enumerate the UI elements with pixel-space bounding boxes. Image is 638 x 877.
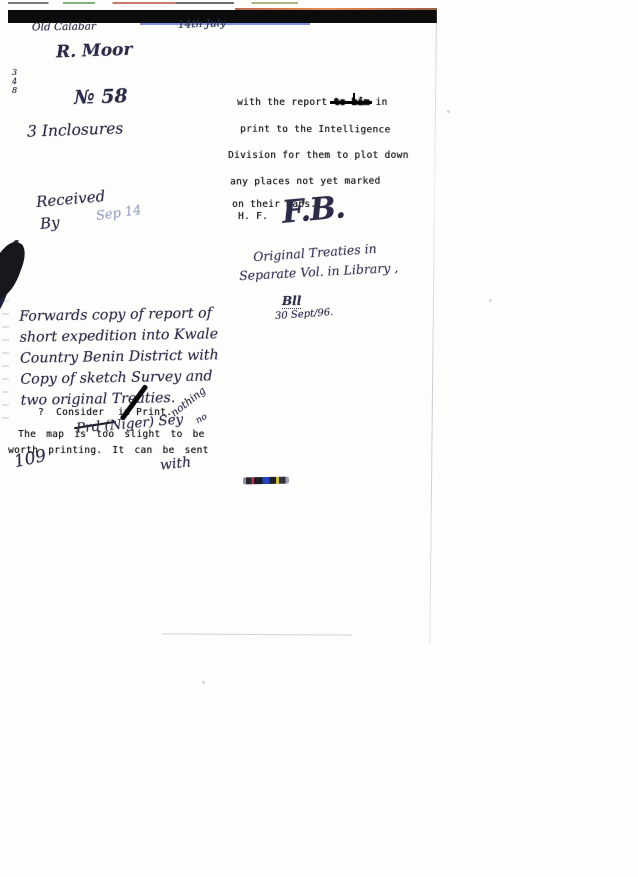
margin-mark: 3 [12, 68, 17, 77]
ink-blot [0, 237, 29, 303]
typed-minute-line-3: Division for them to plot down [228, 150, 409, 161]
typed-minute-line-2: print to the Intelligence [240, 124, 391, 136]
typed-initials: H. F. [238, 211, 268, 222]
library-note-initials: Bll [282, 294, 301, 309]
signature-monogram: F.B. [281, 189, 347, 230]
dateline-place: Old Calabar [32, 20, 96, 33]
page-edge-vertical [429, 8, 437, 644]
typed-minute-struck-word: to him [333, 97, 369, 108]
library-note-date: 30 Sept/96. [275, 307, 334, 322]
author-name: R. Moor [56, 40, 133, 63]
margin-mark: 4 [12, 77, 17, 86]
received-by-label: By [39, 213, 60, 233]
received-label: Received [35, 187, 106, 211]
received-date-note: Sep 14 [95, 203, 142, 224]
inclosures-note: 3 Inclosures [27, 119, 124, 140]
document-number: № 58 [74, 85, 128, 109]
consider-query-mark: ? [38, 407, 44, 418]
scan-artifact-blue-line [434, 0, 638, 3]
scan-speck [489, 299, 492, 302]
scan-artifact-red-fringe [235, 8, 437, 10]
margin-pencil-marks [2, 300, 9, 430]
handwritten-with: with [159, 454, 192, 473]
scanned-document-page: Old Calabar 14th July R. Moor 3 4 8 № 58… [0, 0, 638, 877]
library-note-line-1: Original Treaties in [253, 241, 377, 265]
reply-line-1: The map is too slight to be [18, 429, 205, 440]
consider-word: Consider [56, 407, 104, 418]
margin-mark: 8 [12, 86, 17, 95]
typed-minute-line1-pre: with the report [237, 97, 327, 108]
dateline-date: 14th July [178, 17, 226, 31]
typed-minute-line1-post: in [375, 97, 387, 108]
typed-minute-line-4: any places not yet marked [230, 176, 381, 188]
scan-artifact-dash [243, 477, 289, 485]
handwritten-overlay-small: no [194, 412, 209, 426]
summary-line-4: Copy of sketch Survey and [20, 366, 219, 390]
scan-artifact-top-streak [8, 2, 298, 4]
scan-speck [202, 681, 205, 684]
page-edge-horizontal [162, 633, 352, 635]
scan-speck [447, 110, 450, 113]
typed-minute-line-1: with the report to him in [237, 97, 388, 108]
